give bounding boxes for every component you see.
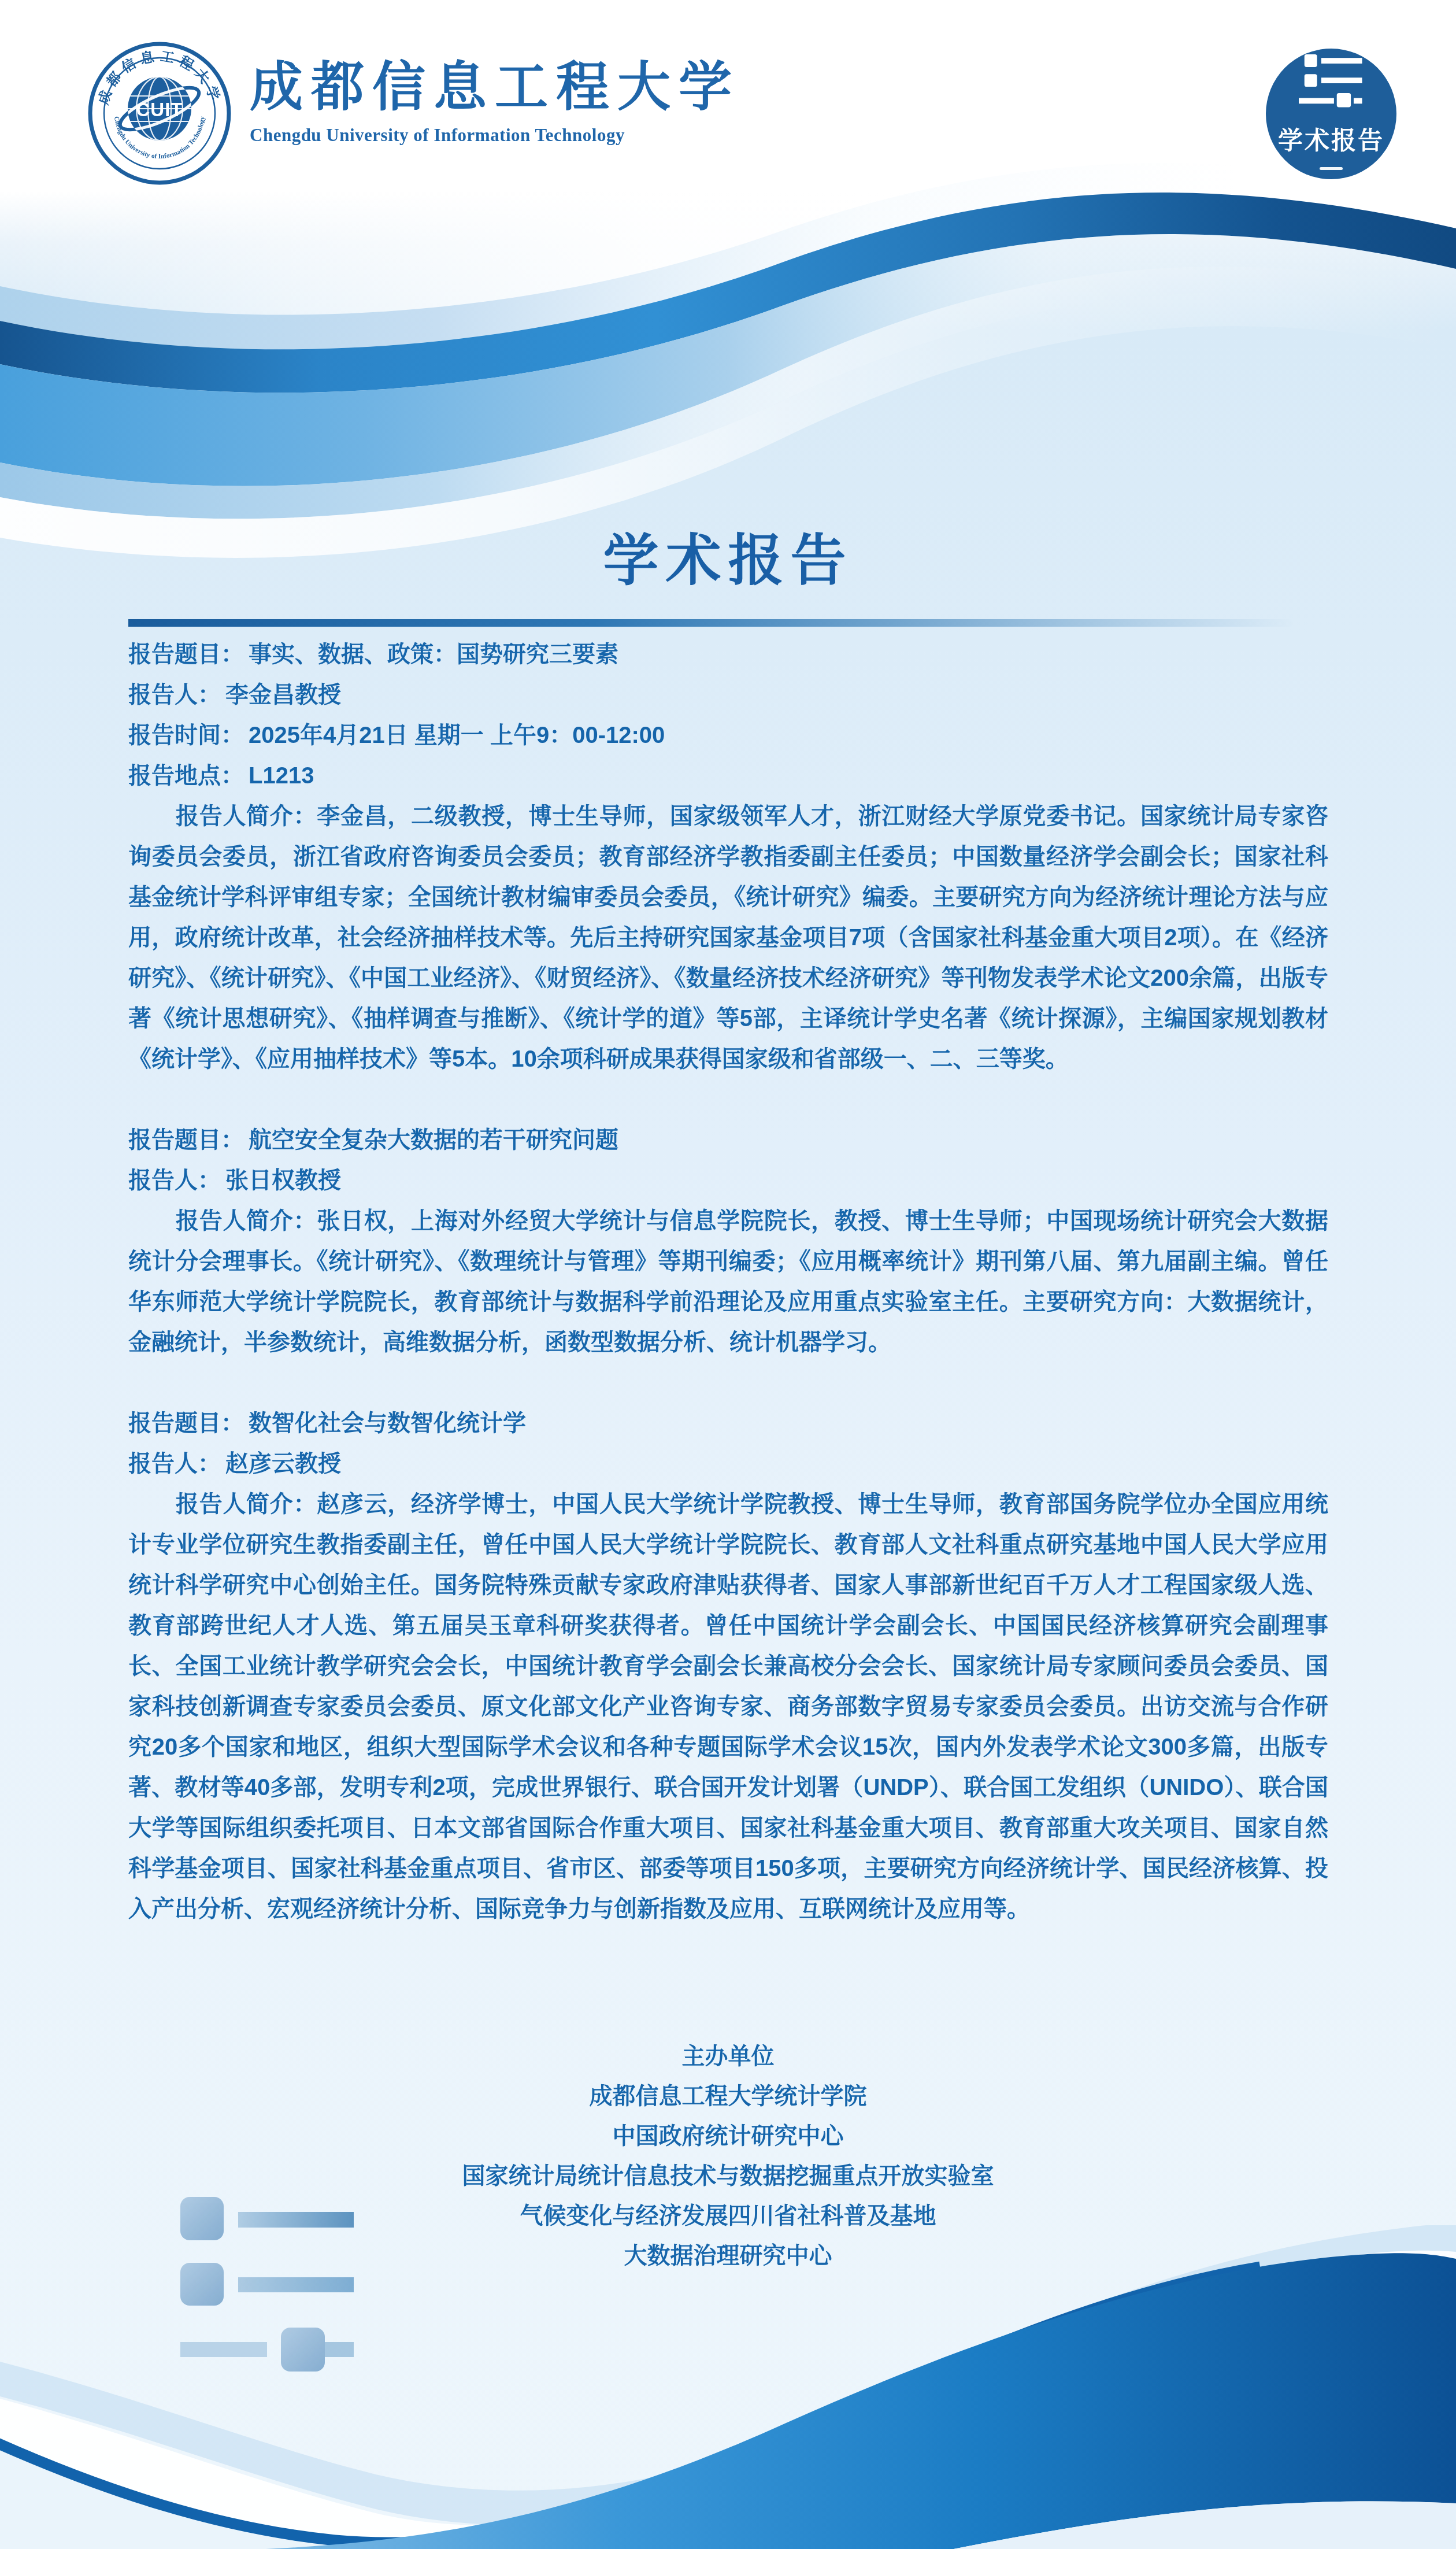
report-speaker-value: 赵彦云教授 (225, 1451, 341, 1477)
report-title-line: 报告题目：航空安全复杂大数据的若干研究问题 (128, 1120, 1328, 1160)
hosts-title: 主办单位 (0, 2037, 1456, 2077)
speaker-bio: 报告人简介：赵彦云，经济学博士，中国人民大学统计学院教授、博士生导师，教育部国务… (128, 1484, 1328, 1929)
report-title-value: 航空安全复杂大数据的若干研究问题 (249, 1127, 618, 1153)
report-3: 报告题目：数智化社会与数智化统计学 报告人：赵彦云教授 报告人简介：赵彦云，经济… (128, 1403, 1328, 1929)
sliders-icon (180, 2197, 360, 2376)
report-title-line: 报告题目：事实、数据、政策：国势研究三要素 (128, 634, 1328, 675)
report-title-value: 数智化社会与数智化统计学 (249, 1411, 526, 1436)
report-location-line: 报告地点：L1213 (128, 756, 1328, 796)
report-1: 报告题目：事实、数据、政策：国势研究三要素 报告人：李金昌教授 报告时间：202… (128, 634, 1328, 1079)
report-location-label: 报告地点： (128, 763, 244, 789)
report-location-value: L1213 (249, 763, 314, 789)
poster-page: 成都信息工程大学 Chengdu University of Informati… (0, 0, 1456, 2549)
report-speaker-label: 报告人： (128, 1168, 221, 1193)
report-speaker-line: 报告人：赵彦云教授 (128, 1444, 1328, 1484)
title-divider (128, 619, 1295, 627)
report-speaker-label: 报告人： (128, 1451, 221, 1477)
report-speaker-label: 报告人： (128, 682, 221, 708)
report-title-label: 报告题目： (128, 1127, 244, 1153)
page-title: 学术报告 (0, 516, 1456, 595)
university-logo: 成都信息工程大学 Chengdu University of Informati… (87, 40, 232, 186)
academic-report-badge: 学术报告 (1266, 49, 1396, 179)
report-speaker-line: 报告人：张日权教授 (128, 1160, 1328, 1201)
report-speaker-value: 李金昌教授 (225, 682, 341, 708)
host-line: 成都信息工程大学统计学院 (0, 2077, 1456, 2117)
speaker-bio: 报告人简介：李金昌，二级教授，博士生导师，国家级领军人才，浙江财经大学原党委书记… (128, 796, 1328, 1079)
speaker-bio: 报告人简介：张日权，上海对外经贸大学统计与信息学院院长，教授、博士生导师；中国现… (128, 1201, 1328, 1363)
report-title-line: 报告题目：数智化社会与数智化统计学 (128, 1403, 1328, 1444)
host-line: 国家统计局统计信息技术与数据挖掘重点开放实验室 (0, 2156, 1456, 2196)
badge-dash (1320, 167, 1343, 170)
host-line: 中国政府统计研究中心 (0, 2117, 1456, 2156)
report-title-value: 事实、数据、政策：国势研究三要素 (249, 642, 618, 667)
report-2: 报告题目：航空安全复杂大数据的若干研究问题 报告人：张日权教授 报告人简介：张日… (128, 1120, 1328, 1363)
report-time-label: 报告时间： (128, 723, 244, 748)
report-time-value: 2025年4月21日 星期一 上午9：00-12:00 (249, 723, 665, 748)
university-names: 成都信息工程大学 Chengdu University of Informati… (250, 56, 740, 146)
report-list: 报告题目：事实、数据、政策：国势研究三要素 报告人：李金昌教授 报告时间：202… (128, 634, 1328, 1929)
report-speaker-line: 报告人：李金昌教授 (128, 675, 1328, 715)
report-title-label: 报告题目： (128, 1411, 244, 1436)
report-speaker-value: 张日权教授 (225, 1168, 341, 1193)
logo-abbr: CUIT (136, 99, 183, 120)
university-name-en: Chengdu University of Information Techno… (250, 125, 740, 146)
report-title-label: 报告题目： (128, 642, 244, 667)
report-time-line: 报告时间：2025年4月21日 星期一 上午9：00-12:00 (128, 715, 1328, 756)
sliders-icon (1299, 54, 1364, 112)
badge-label: 学术报告 (1278, 121, 1384, 157)
university-name-zh: 成都信息工程大学 (250, 56, 740, 119)
